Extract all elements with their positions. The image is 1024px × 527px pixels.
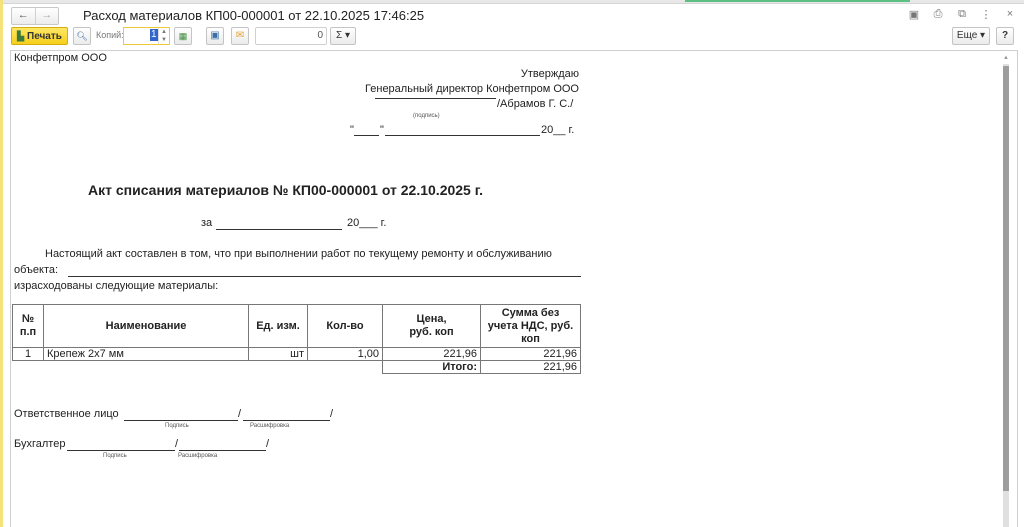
organization-name: Конфетпром ООО	[14, 52, 107, 64]
responsible-sign-hint: Подпись	[165, 423, 189, 429]
responsible-sign-line	[124, 408, 238, 421]
responsible-decode-line	[243, 408, 330, 421]
row-name: Крепеж 2х7 мм	[44, 348, 249, 361]
table-row: 1 Крепеж 2х7 мм шт 1,00 221,96 221,96	[13, 348, 581, 361]
intro-object-label: объекта:	[14, 264, 58, 276]
row-price: 221,96	[383, 348, 481, 361]
accountant-sign-line	[67, 438, 175, 451]
accountant-sign-hint: Подпись	[103, 453, 127, 459]
period-prefix: за	[201, 217, 212, 229]
col-number: №п.п	[13, 305, 44, 348]
date-quote-close: "	[380, 124, 384, 136]
responsible-label: Ответственное лицо	[14, 408, 119, 420]
approver-sign-hint: (подпись)	[413, 113, 440, 119]
total-label: Итого:	[383, 361, 481, 374]
responsible-slash-end: /	[330, 408, 333, 420]
document-content: Конфетпром ООО Утверждаю Генеральный дир…	[0, 0, 1024, 527]
responsible-slash: /	[238, 408, 241, 420]
intro-text-line3: израсходованы следующие материалы:	[14, 280, 218, 292]
date-year: 20__ г.	[541, 124, 574, 136]
row-qty: 1,00	[308, 348, 383, 361]
table-header-row: №п.п Наименование Ед. изм. Кол-во Цена,р…	[13, 305, 581, 348]
col-qty: Кол-во	[308, 305, 383, 348]
approver-name: /Абрамов Г. С./	[497, 98, 573, 110]
accountant-label: Бухгалтер	[14, 438, 65, 450]
accountant-slash-end: /	[266, 438, 269, 450]
approver-position: Генеральный директор Конфетпром ООО	[365, 83, 579, 95]
object-line	[68, 264, 581, 277]
total-value: 221,96	[481, 361, 581, 374]
intro-text-line1: Настоящий акт составлен в том, что при в…	[45, 248, 552, 260]
col-name: Наименование	[44, 305, 249, 348]
materials-table: №п.п Наименование Ед. изм. Кол-во Цена,р…	[12, 304, 581, 374]
date-day-line	[354, 123, 379, 136]
approver-sign-line	[375, 98, 496, 99]
date-month-line	[385, 123, 540, 136]
document-heading: Акт списания материалов № КП00-000001 от…	[88, 182, 483, 198]
col-price: Цена,руб. коп	[383, 305, 481, 348]
col-unit: Ед. изм.	[249, 305, 308, 348]
accountant-decode-hint: Расшифровка	[178, 453, 217, 459]
period-line	[216, 217, 342, 230]
total-row: Итого: 221,96	[13, 361, 581, 374]
accountant-decode-line	[179, 438, 266, 451]
row-unit: шт	[249, 348, 308, 361]
period-year: 20___ г.	[347, 217, 386, 229]
approve-label: Утверждаю	[521, 68, 579, 80]
accountant-slash: /	[175, 438, 178, 450]
row-number: 1	[13, 348, 44, 361]
responsible-decode-hint: Расшифровка	[250, 423, 289, 429]
row-sum: 221,96	[481, 348, 581, 361]
col-sum: Сумма безучета НДС, руб.коп	[481, 305, 581, 348]
